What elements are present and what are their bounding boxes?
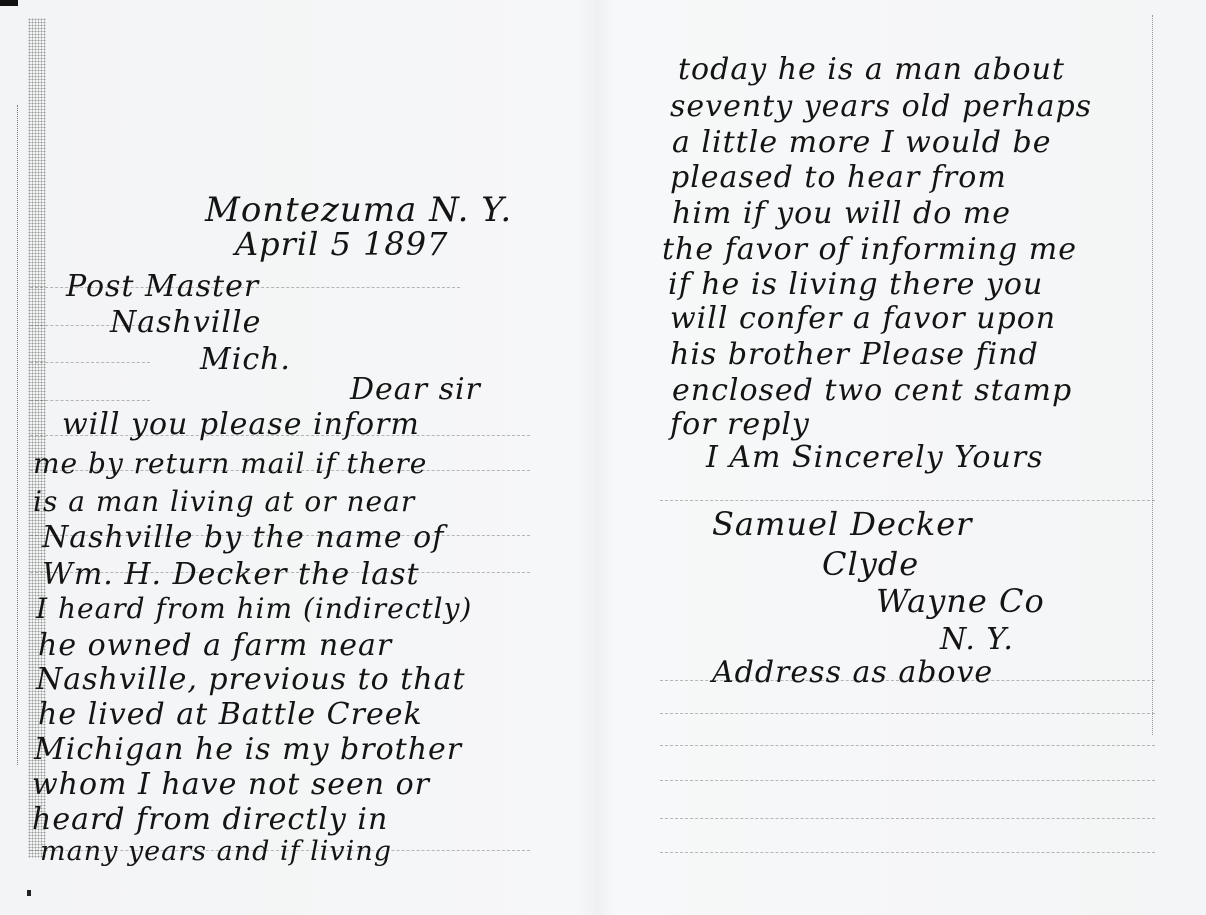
addressee-line: Mich. — [200, 345, 291, 375]
closing: I Am Sincerely Yours — [706, 443, 1044, 473]
signature-county: Wayne Co — [876, 585, 1045, 617]
letter-date: April 5 1897 — [235, 228, 449, 260]
body-line: heard from directly in — [32, 805, 388, 835]
ruled-line — [660, 818, 1155, 819]
body-line: Michigan he is my brother — [34, 735, 462, 765]
body-line: me by return mail if there — [33, 450, 427, 478]
body-line: a little more I would be — [672, 128, 1052, 158]
body-line: enclosed two cent stamp — [672, 376, 1072, 406]
ruled-line — [30, 362, 150, 363]
body-line: his brother Please find — [670, 340, 1039, 370]
letter-place: Montezuma N. Y. — [205, 193, 512, 227]
body-line: many years and if living — [40, 838, 392, 865]
body-line: if he is living there you — [668, 270, 1043, 300]
ruled-line — [660, 745, 1155, 746]
body-line: whom I have not seen or — [32, 770, 430, 800]
body-line: Nashville by the name of — [42, 523, 444, 553]
body-line: pleased to hear from — [670, 163, 1007, 193]
body-line: seventy years old perhaps — [670, 92, 1092, 122]
letter-page-right: today he is a man about seventy years ol… — [600, 0, 1206, 915]
body-line: Nashville, previous to that — [36, 665, 466, 695]
body-line: the favor of informing me — [662, 235, 1077, 265]
signature-town: Clyde — [822, 548, 919, 580]
ruled-line — [660, 780, 1155, 781]
ruled-line — [660, 500, 1155, 501]
letter-page-left: Montezuma N. Y. April 5 1897 Post Master… — [0, 0, 600, 915]
body-line: is a man living at or near — [33, 488, 415, 516]
body-line: he owned a farm near — [38, 631, 392, 661]
addressee-line: Post Master — [66, 272, 259, 302]
postscript: Address as above — [712, 658, 993, 688]
salutation: Dear sir — [350, 375, 481, 405]
body-line: will you please inform — [62, 410, 420, 440]
body-line: Wm. H. Decker the last — [42, 560, 420, 590]
body-line: him if you will do me — [672, 199, 1011, 229]
scanned-letter: Montezuma N. Y. April 5 1897 Post Master… — [0, 0, 1206, 915]
signature-name: Samuel Decker — [712, 508, 972, 540]
body-line: he lived at Battle Creek — [38, 700, 423, 730]
ruled-line — [660, 852, 1155, 853]
ruled-line — [30, 400, 150, 401]
signature-state: N. Y. — [940, 625, 1014, 655]
right-margin-line — [1152, 15, 1155, 735]
body-line: I heard from him (indirectly) — [36, 595, 472, 623]
body-line: for reply — [670, 410, 810, 440]
ruled-line — [660, 713, 1155, 714]
body-line: will confer a favor upon — [670, 304, 1056, 334]
body-line: today he is a man about — [678, 55, 1065, 85]
addressee-line: Nashville — [110, 308, 261, 338]
